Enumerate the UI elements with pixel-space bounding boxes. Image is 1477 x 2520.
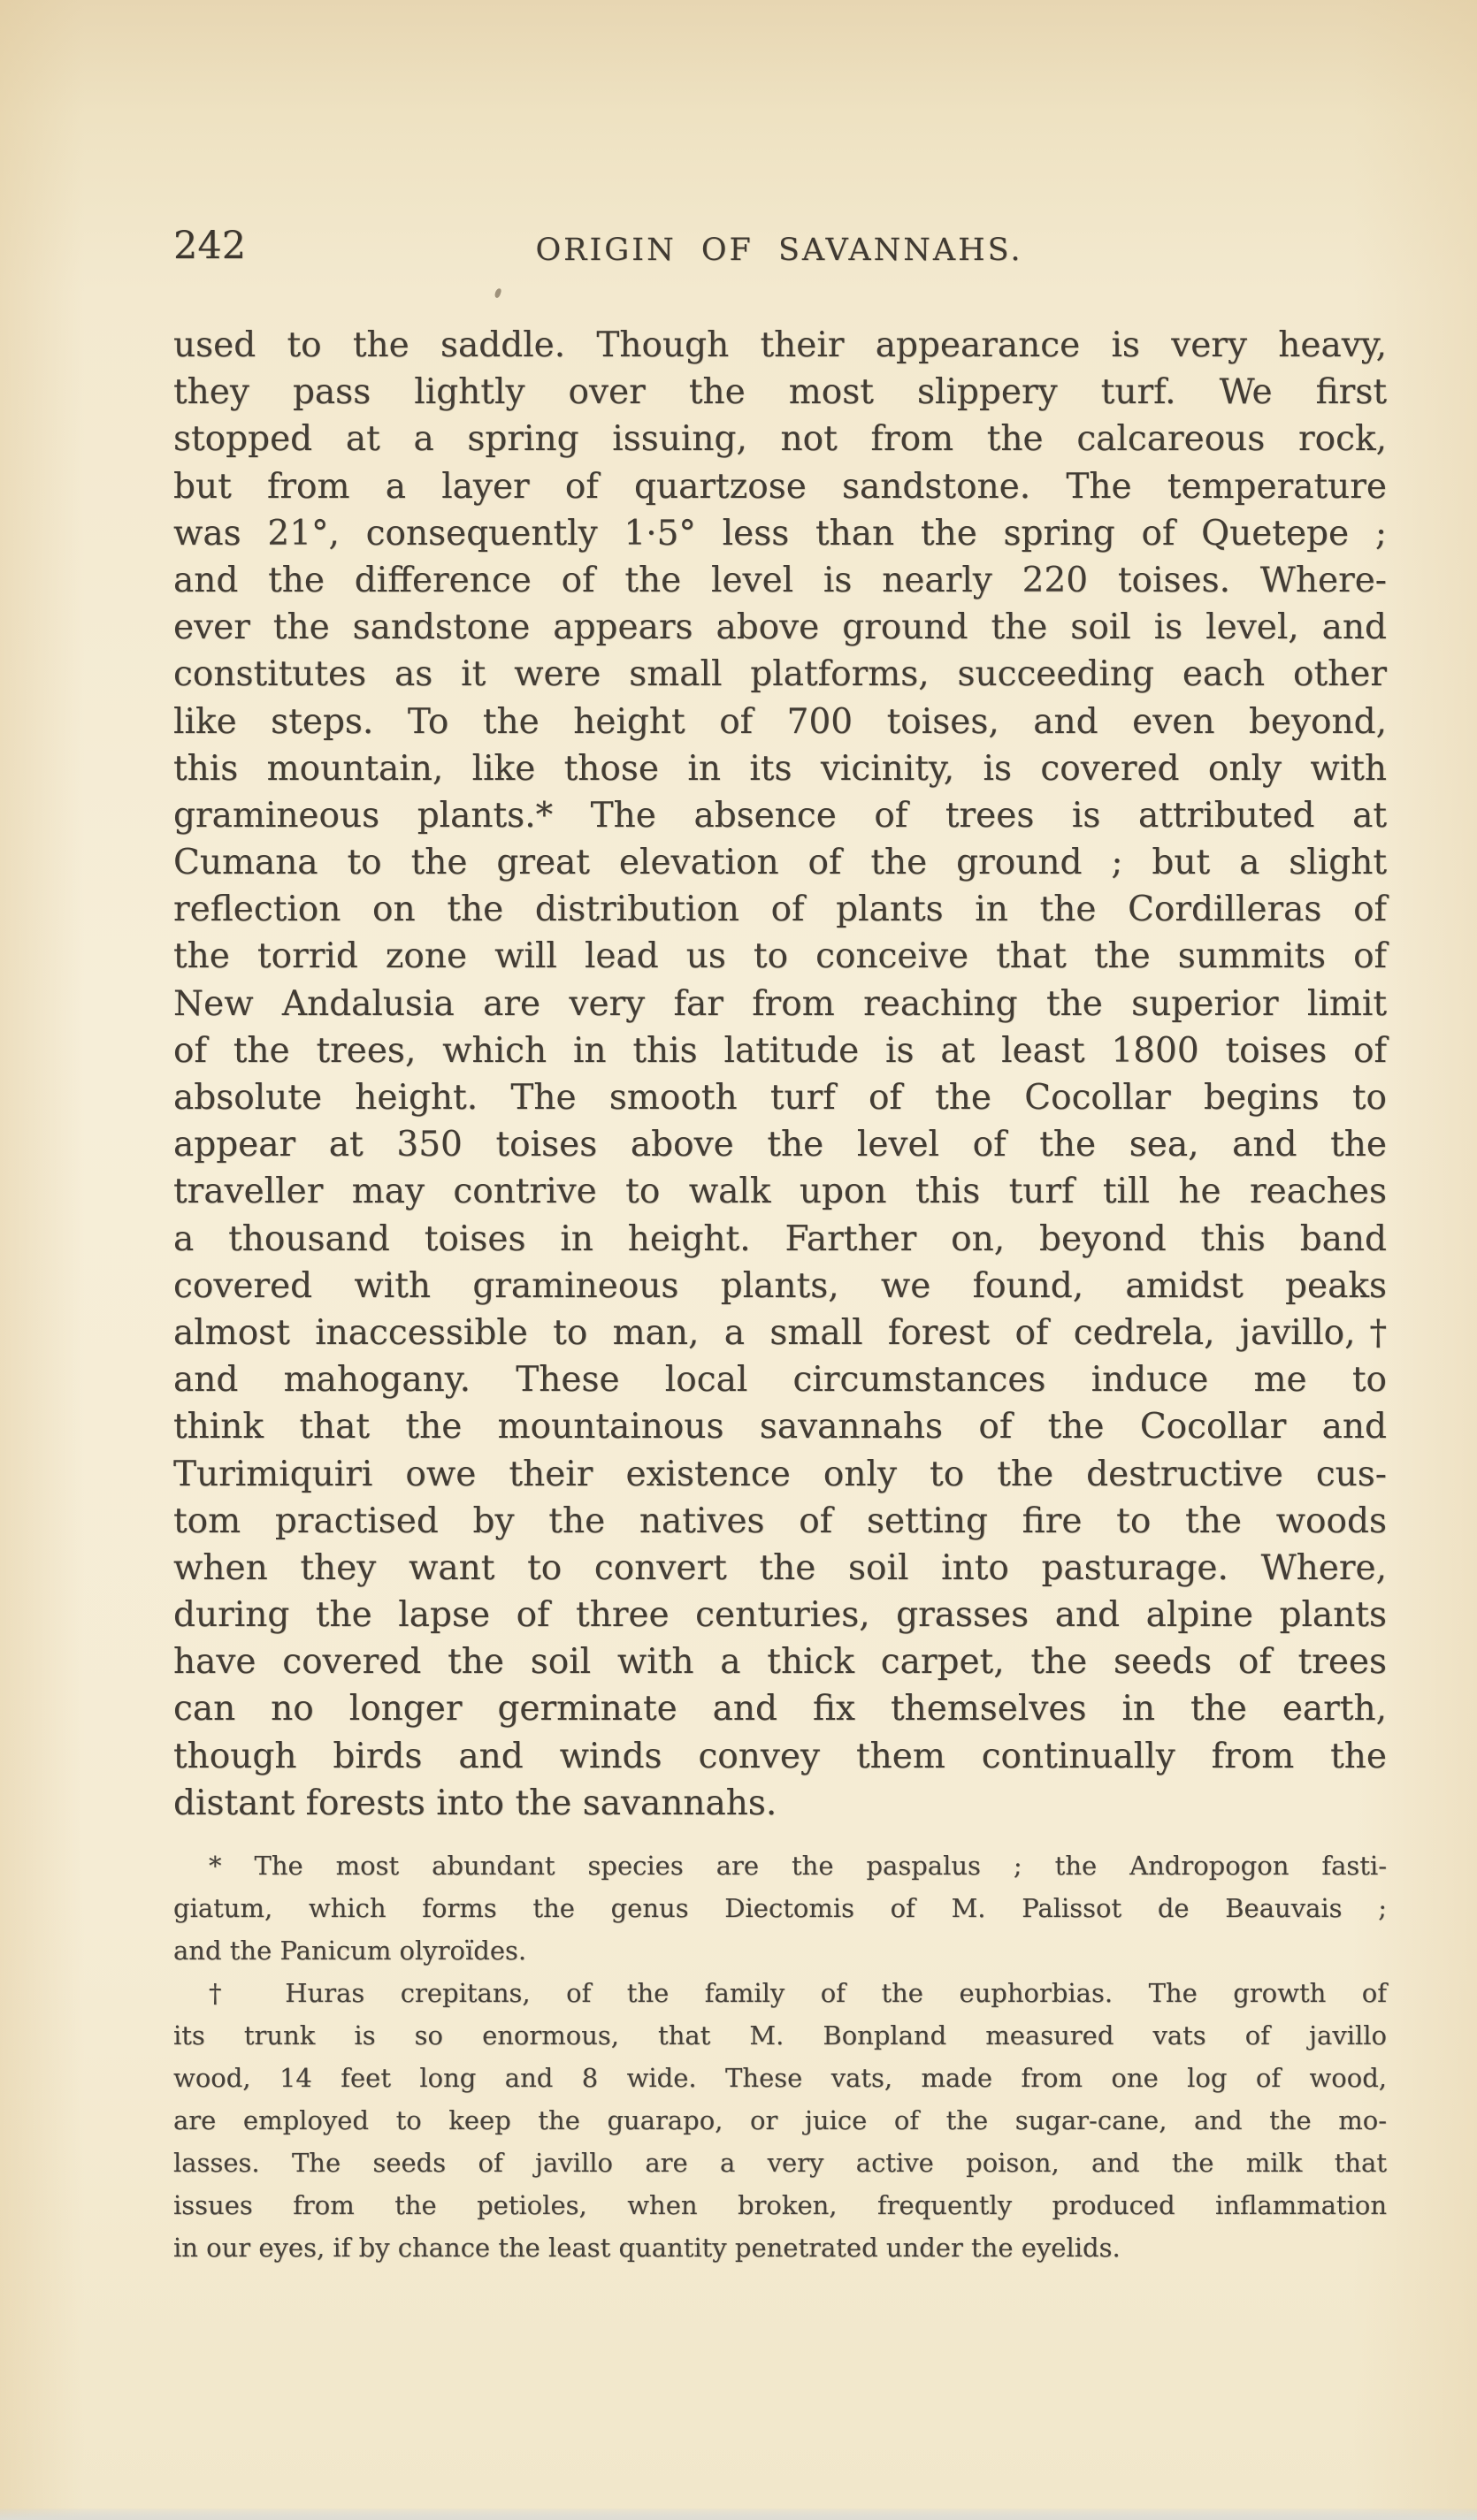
- footnote-line: and the Panicum olyroïdes.: [173, 1929, 1387, 1972]
- body-line: stopped at a spring issuing, not from th…: [173, 416, 1387, 462]
- body-line: but from a layer of quartzose sandstone.…: [173, 463, 1387, 510]
- body-line: think that the mountainous savannahs of …: [173, 1403, 1387, 1450]
- scan-edge-strip: [0, 2509, 1477, 2520]
- footnote-line: † Huras crepitans, of the family of the …: [173, 1972, 1387, 2014]
- footnote-line: lasses. The seeds of javillo are a very …: [173, 2142, 1387, 2184]
- footnote-line: in our eyes, if by chance the least quan…: [173, 2226, 1387, 2269]
- body-line: and the difference of the level is nearl…: [173, 557, 1387, 604]
- footnote-line: issues from the petioles, when broken, f…: [173, 2184, 1387, 2226]
- body-line: absolute height. The smooth turf of the …: [173, 1074, 1387, 1121]
- scan-speck: [494, 287, 501, 298]
- body-line: a thousand toises in height. Farther on,…: [173, 1216, 1387, 1263]
- running-title: ORIGIN OF SAVANNAHS.: [172, 233, 1386, 268]
- body-line: reflection on the distribution of plants…: [173, 886, 1387, 933]
- body-line: of the trees, which in this latitude is …: [173, 1027, 1387, 1074]
- body-line: can no longer germinate and fix themselv…: [173, 1685, 1387, 1732]
- body-line: constitutes as it were small platforms, …: [173, 651, 1387, 698]
- body-line: Cumana to the great elevation of the gro…: [173, 839, 1387, 886]
- body-line: distant forests into the savannahs.: [173, 1780, 1387, 1827]
- body-line: almost inaccessible to man, a small fore…: [173, 1310, 1387, 1356]
- body-line: the torrid zone will lead us to conceive…: [173, 933, 1387, 980]
- body-text: used to the saddle. Though their appeara…: [173, 322, 1387, 1827]
- footnote-line: its trunk is so enormous, that M. Bonpla…: [173, 2014, 1387, 2057]
- body-line: New Andalusia are very far from reaching…: [173, 981, 1387, 1027]
- body-line: have covered the soil with a thick carpe…: [173, 1638, 1387, 1685]
- footnote-line: giatum, which forms the genus Diectomis …: [173, 1887, 1387, 1929]
- body-line: this mountain, like those in its vicinit…: [173, 745, 1387, 792]
- body-line: Turimiquiri owe their existence only to …: [173, 1451, 1387, 1498]
- body-line: like steps. To the height of 700 toises,…: [173, 699, 1387, 745]
- body-line: they pass lightly over the most slippery…: [173, 369, 1387, 416]
- body-line: traveller may contrive to walk upon this…: [173, 1168, 1387, 1215]
- body-line: gramineous plants.* The absence of trees…: [173, 792, 1387, 839]
- footnotes: * The most abundant species are the pasp…: [173, 1844, 1387, 2269]
- body-line: covered with gramineous plants, we found…: [173, 1263, 1387, 1310]
- footnote-line: * The most abundant species are the pasp…: [173, 1844, 1387, 1887]
- body-line: used to the saddle. Though their appeara…: [173, 322, 1387, 369]
- footnote-line: are employed to keep the guarapo, or jui…: [173, 2099, 1387, 2142]
- body-line: during the lapse of three centuries, gra…: [173, 1592, 1387, 1638]
- body-line: was 21°, consequently 1·5° less than the…: [173, 510, 1387, 557]
- book-page-scan: 242 ORIGIN OF SAVANNAHS. used to the sad…: [0, 0, 1477, 2520]
- footnote-line: wood, 14 feet long and 8 wide. These vat…: [173, 2057, 1387, 2099]
- body-line: though birds and winds convey them conti…: [173, 1733, 1387, 1780]
- body-line: appear at 350 toises above the level of …: [173, 1121, 1387, 1168]
- body-line: ever the sandstone appears above ground …: [173, 604, 1387, 651]
- body-line: when they want to convert the soil into …: [173, 1545, 1387, 1592]
- body-line: and mahogany. These local circumstances …: [173, 1356, 1387, 1403]
- body-line: tom practised by the natives of setting …: [173, 1498, 1387, 1545]
